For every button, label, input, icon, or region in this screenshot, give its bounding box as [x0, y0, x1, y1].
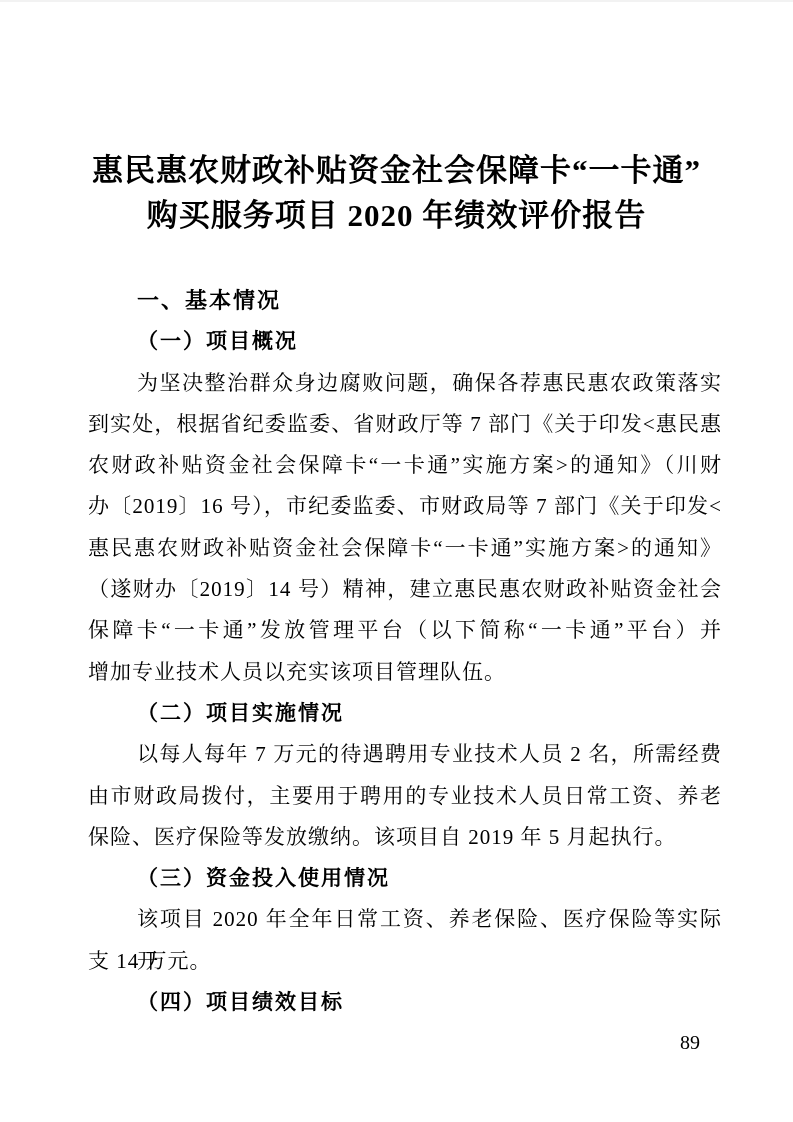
paragraph-line: 增加专业技术人员以充实该项目管理队伍。 [88, 652, 722, 693]
paragraph-line: 办〔2019〕16 号），市纪委监委、市财政局等 7 部门《关于印发< [88, 486, 722, 527]
paragraph-line: 为坚决整治群众身边腐败问题，确保各荐惠民惠农政策落实 [88, 363, 722, 404]
paragraph-line: 农财政补贴资金社会保障卡“一卡通”实施方案>的通知》（川财 [88, 445, 722, 486]
document-body: 一、基本情况 （一）项目概况 为坚决整治群众身边腐败问题，确保各荐惠民惠农政策落… [88, 280, 722, 1023]
paragraph-line: 由市财政局拨付，主要用于聘用的专业技术人员日常工资、养老 [88, 776, 722, 817]
paragraph-line: 支 14 万元。 [88, 941, 722, 982]
document-title-line1: 惠民惠农财政补贴资金社会保障卡“一卡通” [0, 148, 793, 193]
subsection-heading: （三）资金投入使用情况 [88, 858, 722, 899]
paragraph-line: 保险、医疗保险等发放缴纳。该项目自 2019 年 5 月起执行。 [88, 817, 722, 858]
paragraph-line: 以每人每年 7 万元的待遇聘用专业技术人员 2 名，所需经费 [88, 734, 722, 775]
document-page: 惠民惠农财政补贴资金社会保障卡“一卡通” 购买服务项目 2020 年绩效评价报告… [0, 0, 793, 1122]
document-title-line2: 购买服务项目 2020 年绩效评价报告 [0, 193, 793, 238]
subsection-heading: （一）项目概况 [88, 321, 722, 362]
subsection-heading: （二）项目实施情况 [88, 693, 722, 734]
section-heading: 一、基本情况 [88, 280, 722, 321]
paragraph-line: 该项目 2020 年全年日常工资、养老保险、医疗保险等实际开 [88, 899, 722, 940]
paragraph-line: 保障卡“一卡通”发放管理平台（以下简称“一卡通”平台）并 [88, 610, 722, 651]
paragraph-line: （遂财办〔2019〕14 号）精神，建立惠民惠农财政补贴资金社会 [88, 569, 722, 610]
paragraph-line: 到实处，根据省纪委监委、省财政厅等 7 部门《关于印发<惠民惠 [88, 404, 722, 445]
document-title: 惠民惠农财政补贴资金社会保障卡“一卡通” 购买服务项目 2020 年绩效评价报告 [0, 148, 793, 238]
subsection-heading: （四）项目绩效目标 [88, 982, 722, 1023]
page-number: 89 [680, 1030, 700, 1056]
paragraph-line: 惠民惠农财政补贴资金社会保障卡“一卡通”实施方案>的通知》 [88, 528, 722, 569]
